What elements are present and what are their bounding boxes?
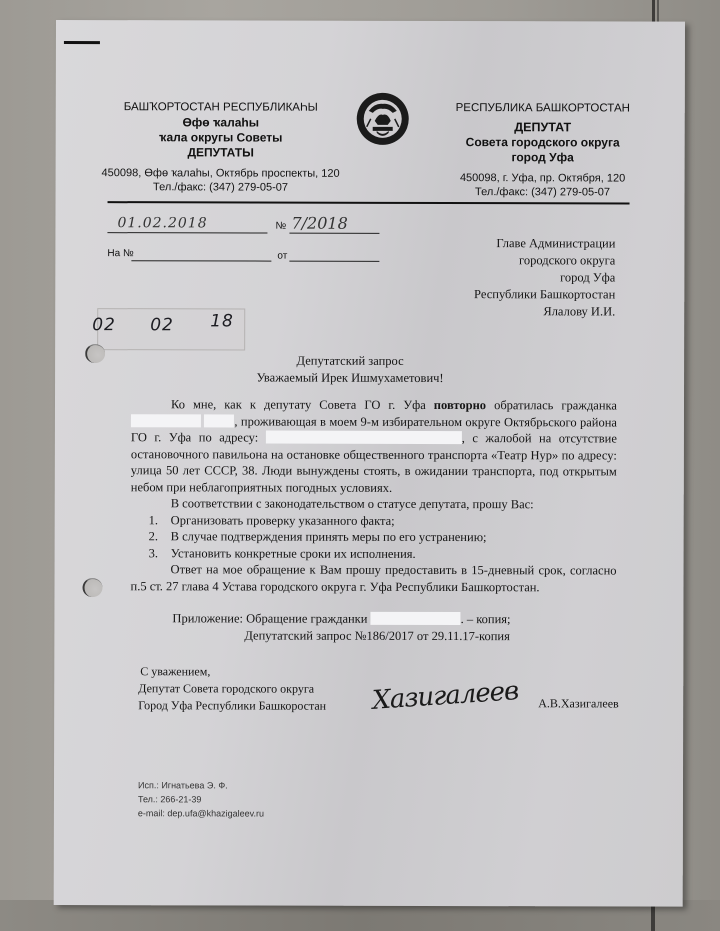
letter-body: Ко мне, как к депутату Совета ГО г. Уфа … [130, 396, 617, 595]
letterhead-right-deputy: ДЕПУТАТ [428, 120, 658, 136]
list-item: 3.Установить конкретные сроки их исполне… [149, 545, 617, 563]
document-page: БАШҠОРТОСТАН РЕСПУБЛИКАҺЫ Өфө ҡалаһы ҡал… [54, 20, 685, 907]
paragraph-deadline: Ответ на мое обращение к Вам прошу предо… [130, 561, 616, 595]
emphasis-repeated: повторно [434, 398, 486, 412]
executor-phone: Тел.: 266-21-39 [138, 792, 264, 806]
closing-regards: С уважением, [138, 663, 326, 680]
executor-name: Исп.: Игнатьева Э. Ф. [138, 778, 264, 792]
attachment-line-2: Депутатский запрос №186/2017 от 29.11.17… [172, 627, 612, 645]
attachment-block: Приложение: Обращение гражданки . – копи… [172, 610, 612, 645]
executor-email: e-mail: dep.ufa@khazigaleev.ru [138, 806, 264, 820]
closing-position: Город Уфа Республики Башкоростан [138, 697, 326, 714]
letterhead-divider [108, 201, 630, 204]
letterhead-right-phone: Тел./факс: (347) 279-05-07 [428, 185, 658, 200]
closing-block: С уважением, Депутат Совета городского о… [138, 663, 326, 714]
closing-position: Депутат Совета городского округа [138, 680, 326, 697]
addressee-line: Республики Башкортостан [445, 286, 615, 303]
reply-to-field [131, 248, 271, 261]
outgoing-number-handwritten: 7/2018 [291, 214, 347, 233]
stamp-month: 02 [150, 315, 174, 335]
addressee-line: город Уфа [445, 269, 615, 286]
reply-date-label: от [277, 251, 287, 262]
request-heading: Депутатский запрос Уважаемый Ирек Ишмуха… [55, 352, 645, 388]
outgoing-date-handwritten: 01.02.2018 [117, 215, 207, 231]
letterhead-right: РЕСПУБЛИКА БАШКОРТОСТАН ДЕПУТАТ Совета г… [428, 101, 658, 200]
letterhead-left-phone: Тел./факс: (347) 279-05-07 [96, 180, 346, 195]
paragraph-complaint: Ко мне, как к депутату Совета ГО г. Уфа … [131, 396, 617, 496]
addressee-line: Ялалову И.И. [445, 303, 615, 320]
letterhead-left-address: 450098, Өфө ҡалаһы, Октябрь проспекты, 1… [96, 166, 346, 181]
outgoing-number-label: № [275, 221, 286, 232]
letterhead-right-address: 450098, г. Уфа, пр. Октября, 120 [428, 171, 658, 186]
redacted-name [131, 414, 201, 427]
letterhead-right-republic: РЕСПУБЛИКА БАШКОРТОСТАН [428, 101, 658, 117]
attachment-line-1: Приложение: Обращение гражданки . – копи… [172, 610, 612, 628]
fold-mark [64, 41, 100, 44]
list-item: 1.Организовать проверку указанного факта… [149, 512, 617, 530]
reply-date-field [289, 249, 379, 262]
letterhead-right-city: город Уфа [428, 150, 658, 166]
letterhead-left: БАШҠОРТОСТАН РЕСПУБЛИКАҺЫ Өфө ҡалаһы ҡал… [96, 100, 346, 195]
redacted-name [204, 414, 234, 427]
reply-to-label: На № [107, 248, 133, 259]
letterhead-left-deputy: ДЕПУТАТЫ [96, 145, 346, 161]
stamp-year: 18 [210, 311, 234, 331]
salutation: Уважаемый Ирек Ишмухаметович! [55, 369, 645, 388]
punch-hole [82, 578, 102, 597]
redacted-name [371, 612, 461, 625]
outgoing-date-field: 01.02.2018 [107, 218, 267, 233]
executor-footer: Исп.: Игнатьева Э. Ф. Тел.: 266-21-39 e-… [138, 778, 264, 820]
addressee-line: Главе Администрации [445, 235, 615, 252]
stamp-day: 02 [92, 315, 116, 335]
letterhead-left-republic: БАШҠОРТОСТАН РЕСПУБЛИКАҺЫ [96, 100, 346, 116]
incoming-registration-stamp: 02 02 18 [97, 308, 245, 350]
letterhead-right-council: Совета городского округа [428, 135, 658, 151]
outgoing-number-field: 7/2018 [289, 219, 379, 234]
signatory-name: А.В.Хазигалеев [538, 696, 619, 711]
request-title: Депутатский запрос [55, 352, 645, 371]
letterhead-left-council: ҡала округы Советы [96, 130, 346, 146]
signature: Хазигалеев [371, 676, 519, 716]
background-rail [651, 905, 655, 931]
list-item: 2.В случае подтверждения принять меры по… [149, 528, 617, 546]
addressee-block: Главе Администрации городского округа го… [445, 235, 615, 320]
addressee-line: городского округа [445, 252, 615, 269]
redacted-address [266, 431, 462, 445]
request-list: 1.Организовать проверку указанного факта… [131, 512, 617, 563]
letterhead-left-city: Өфө ҡалаһы [96, 115, 346, 131]
paragraph-request: В соответствии с законодательством о ста… [131, 495, 617, 513]
coat-of-arms-emblem-icon [355, 91, 411, 147]
